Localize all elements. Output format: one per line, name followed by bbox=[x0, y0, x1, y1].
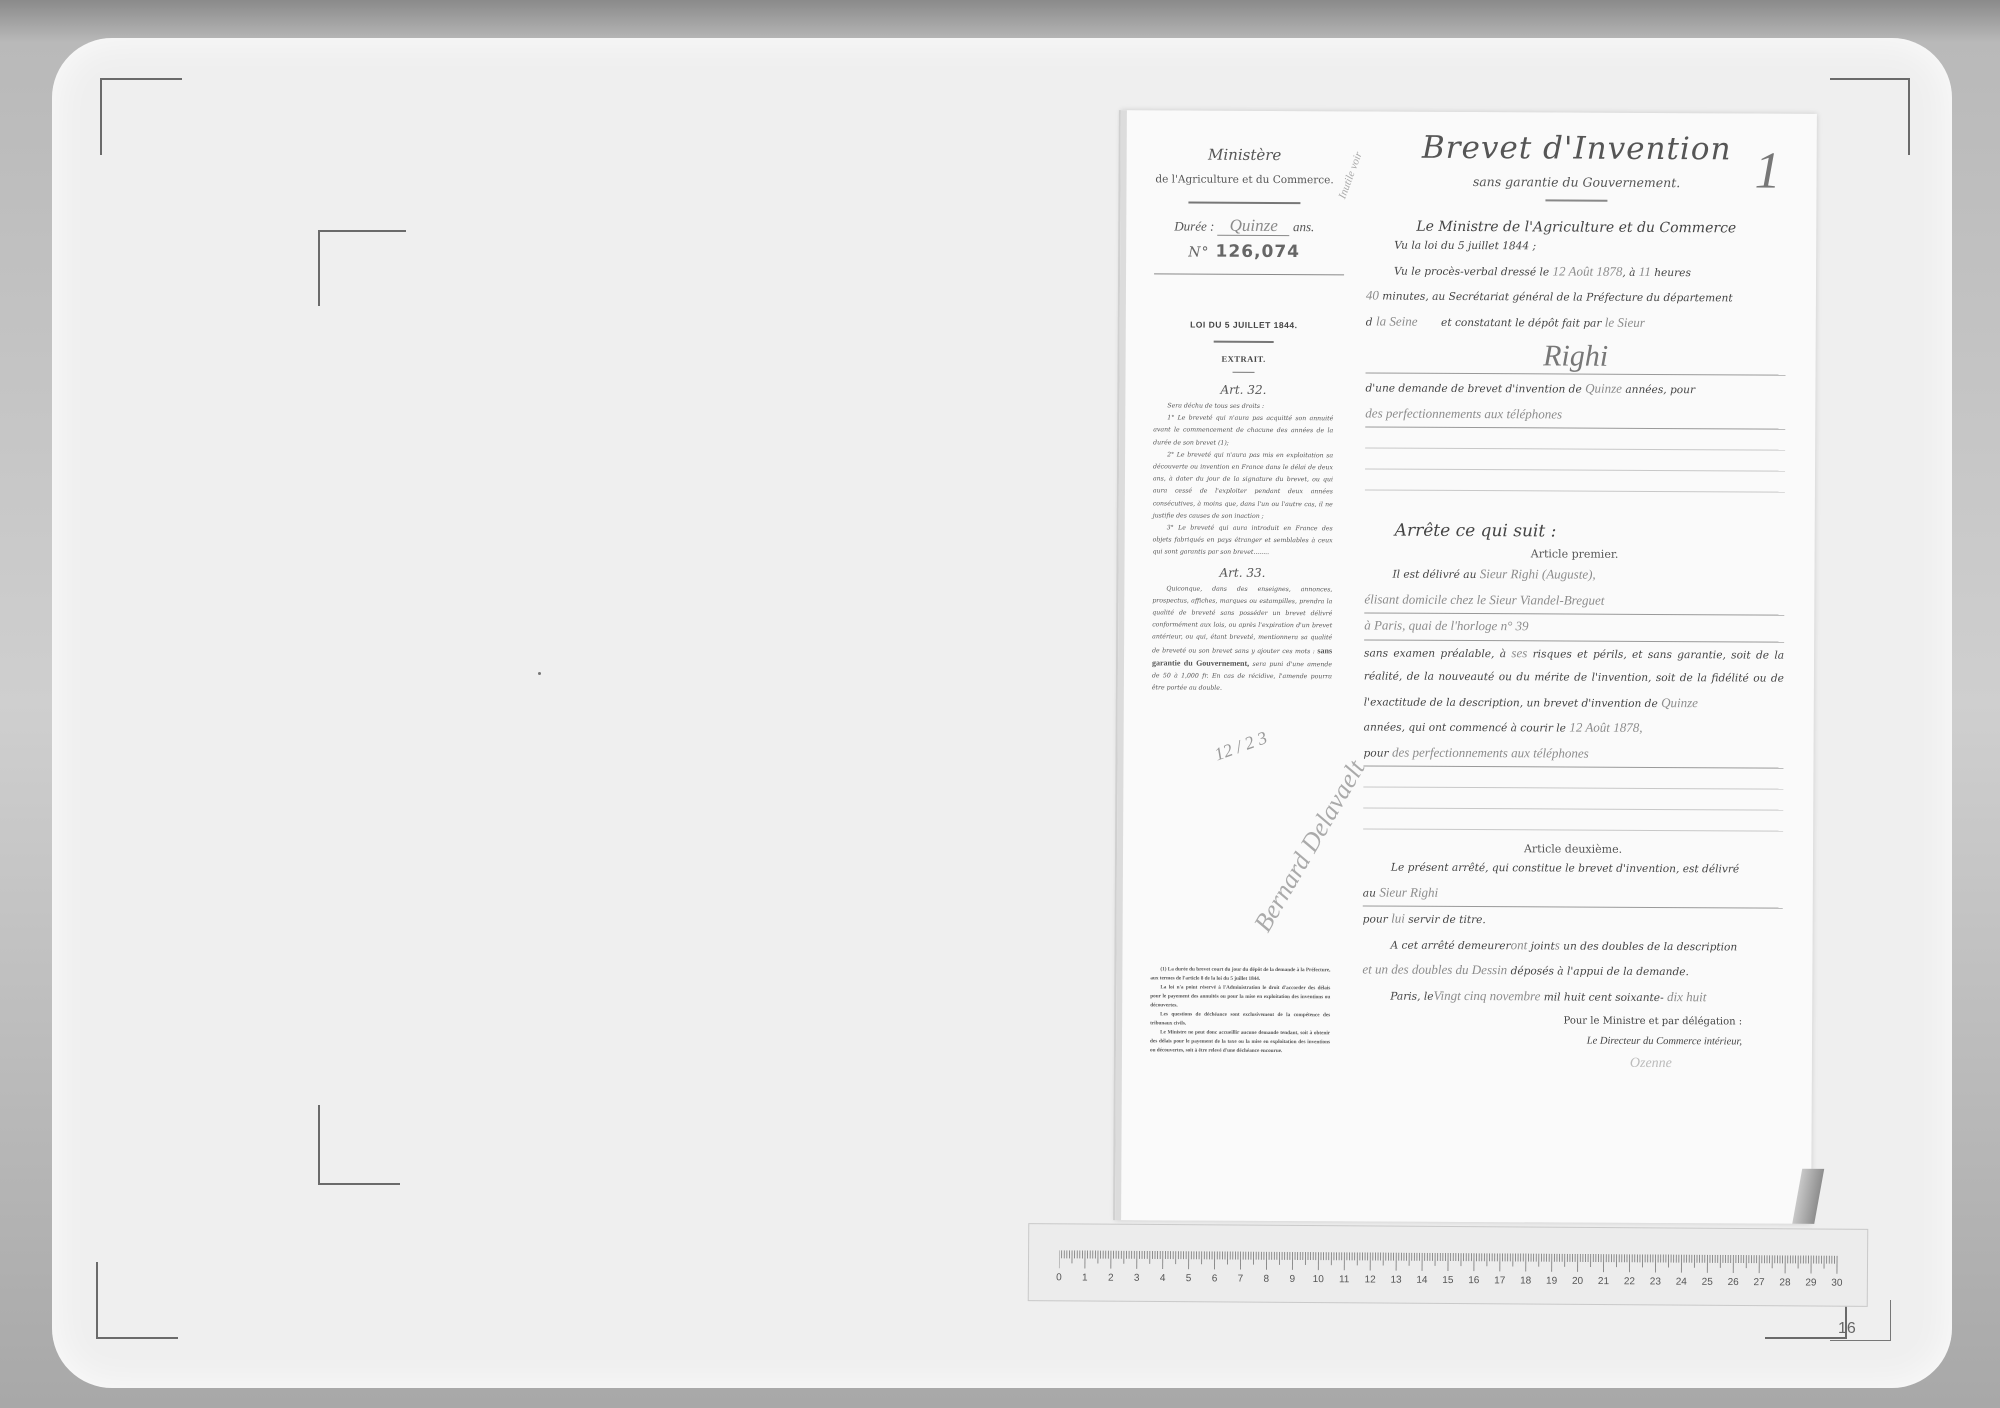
proces-verbal-line: Vu le procès-verbal dressé le 12 Août 18… bbox=[1366, 258, 1786, 286]
extract-label: EXTRAIT. bbox=[1154, 353, 1334, 364]
left-column: Ministère de l'Agriculture et du Commerc… bbox=[1152, 145, 1335, 695]
use-suffix: servir de titre. bbox=[1408, 914, 1486, 926]
article-32-heading: Art. 32. bbox=[1153, 382, 1333, 397]
page-mark: 1 bbox=[1754, 142, 1780, 201]
article-33-text: Quiconque, dans des enseignes, annonces,… bbox=[1152, 583, 1333, 696]
start-prefix: années, qui ont commencé à courir le bbox=[1364, 721, 1566, 734]
use-line: pour lui servir de titre. bbox=[1363, 906, 1783, 934]
article-33-text-before: Quiconque, dans des enseignes, annonces,… bbox=[1152, 585, 1332, 655]
request-line: d'une demande de brevet d'invention de Q… bbox=[1365, 375, 1785, 403]
article-2-text: Le présent arrêté, qui constitue le brev… bbox=[1363, 856, 1783, 882]
document-subtitle: sans garantie du Gouvernement. bbox=[1367, 173, 1787, 190]
ruler-label: 11 bbox=[1339, 1274, 1349, 1285]
to-value: Sieur Righi bbox=[1379, 884, 1438, 899]
vertical-margin-note: Inutile voir bbox=[1336, 150, 1364, 200]
director-line: Le Directeur du Commerce intérieur, bbox=[1362, 1034, 1742, 1047]
dept-prefix: d bbox=[1366, 316, 1373, 328]
ruler-label: 2 bbox=[1108, 1273, 1114, 1284]
ruler-label: 6 bbox=[1212, 1273, 1218, 1284]
ruler-label: 8 bbox=[1264, 1274, 1270, 1285]
ruler-label: 4 bbox=[1160, 1273, 1166, 1284]
dust-speck bbox=[538, 672, 541, 675]
divider bbox=[1154, 273, 1344, 275]
recipient-line-1: Sieur Righi (Auguste), bbox=[1480, 566, 1596, 582]
request-years: Quinze bbox=[1585, 381, 1622, 396]
delivered-to-line: au Sieur Righi bbox=[1363, 880, 1783, 909]
footnotes: (1) La durée du brevet court du jour du … bbox=[1150, 965, 1330, 1056]
ornamental-rule bbox=[1188, 202, 1300, 205]
article-33-heading: Art. 33. bbox=[1152, 565, 1332, 580]
crop-mark-bottom-left bbox=[96, 1262, 178, 1339]
start-year: 1878, bbox=[1613, 720, 1642, 735]
to-prefix: au bbox=[1363, 887, 1376, 899]
law-title: LOI DU 5 JUILLET 1844. bbox=[1154, 319, 1334, 330]
delivered-line: Il est délivré au Sieur Righi (Auguste), bbox=[1364, 561, 1784, 589]
deposit-by: le Sieur bbox=[1605, 314, 1645, 329]
ruler-label: 21 bbox=[1598, 1276, 1609, 1287]
ministry-subtitle: de l'Agriculture et du Commerce. bbox=[1155, 173, 1335, 186]
deposit-text: et constatant le dépôt fait par bbox=[1441, 316, 1601, 329]
blank-line bbox=[1365, 448, 1785, 471]
article-32-item: 3° Le breveté qui aura introduit en Fran… bbox=[1153, 522, 1333, 560]
ruler-label: 16 bbox=[1468, 1275, 1479, 1286]
duration-unit: ans. bbox=[1293, 219, 1314, 234]
crop-mark-inner-top-left bbox=[318, 230, 406, 306]
delivered-prefix: Il est délivré au bbox=[1392, 569, 1476, 581]
recipient-line-2: élisant domicile chez le Sieur Viandel-B… bbox=[1364, 591, 1604, 607]
patent-document-page: Ministère de l'Agriculture et du Commerc… bbox=[1115, 110, 1817, 1224]
signature-block: Pour le Ministre et par délégation : Le … bbox=[1362, 1014, 1782, 1047]
recipient-line-3: à Paris, quai de l'horloge n° 39 bbox=[1364, 617, 1528, 633]
ministry-title: Ministère bbox=[1155, 145, 1335, 164]
duration-label: Durée : bbox=[1174, 218, 1214, 233]
date-line: Paris, leVingt cinq novembre mil huit ce… bbox=[1362, 983, 1782, 1011]
ruler-label: 28 bbox=[1779, 1277, 1790, 1288]
pv-hour-suffix: heures bbox=[1654, 266, 1691, 278]
ruler-label: 0 bbox=[1056, 1272, 1062, 1283]
article-2-body: Le présent arrêté, qui constitue le brev… bbox=[1362, 856, 1783, 1010]
risk-pronoun: ses bbox=[1511, 645, 1527, 660]
article-32-item: 1° Le breveté qui n'aura pas acquitté so… bbox=[1153, 413, 1333, 451]
pv-hour: 11 bbox=[1639, 263, 1651, 278]
ruler-label: 3 bbox=[1134, 1273, 1140, 1284]
invention-title: des perfectionnements aux téléphones bbox=[1365, 405, 1562, 421]
crop-mark-inner-bottom-left bbox=[318, 1105, 400, 1185]
blank-line bbox=[1363, 787, 1783, 810]
divider bbox=[1233, 372, 1255, 373]
ruler-label: 15 bbox=[1442, 1275, 1453, 1286]
ruler-label: 19 bbox=[1546, 1276, 1557, 1287]
date-mid: mil huit cent soixante- bbox=[1544, 991, 1664, 1004]
blank-line bbox=[1363, 808, 1783, 831]
pv-hour-prefix: , à bbox=[1622, 266, 1635, 278]
pv-date: 12 Août 1878 bbox=[1553, 263, 1623, 278]
date-prefix: Paris, le bbox=[1390, 990, 1433, 1002]
article-32-item: 2° Le breveté qui n'aura pas mis en expl… bbox=[1153, 449, 1333, 523]
risk-prefix: sans examen préalable, à bbox=[1364, 647, 1506, 660]
ruler-label: 23 bbox=[1650, 1276, 1661, 1287]
risk-text: sans examen préalable, à ses risques et … bbox=[1364, 640, 1784, 717]
date-day: Vingt cinq novembre bbox=[1433, 987, 1540, 1003]
margin-signature: Bernard Delavaelt bbox=[1248, 755, 1371, 937]
ruler-label: 9 bbox=[1289, 1274, 1295, 1285]
crop-mark-top-left bbox=[100, 78, 182, 155]
use-prefix: pour bbox=[1363, 913, 1388, 925]
request-suffix: années, pour bbox=[1625, 384, 1695, 396]
document-title: Brevet d'Invention bbox=[1367, 129, 1787, 167]
ruler-label: 22 bbox=[1624, 1276, 1635, 1287]
crop-mark-top-right bbox=[1830, 78, 1910, 155]
annex-verb: ont bbox=[1511, 937, 1528, 952]
pv-prefix: Vu le procès-verbal dressé le bbox=[1394, 265, 1549, 278]
invention-description: des perfectionnements aux téléphones bbox=[1392, 744, 1589, 760]
start-date-line: années, qui ont commencé à courir le 12 … bbox=[1364, 714, 1784, 742]
measurement-ruler: 0123456789101112131415161718192021222324… bbox=[1028, 1223, 1869, 1307]
number-prefix: N° bbox=[1188, 245, 1209, 261]
blank-line bbox=[1365, 469, 1785, 492]
proces-verbal-line-2: 40 minutes, au Secrétariat général de la… bbox=[1366, 283, 1786, 311]
article-33-paragraph: Quiconque, dans des enseignes, annonces,… bbox=[1152, 583, 1333, 696]
annex-suffix: déposés à l'appui de la demande. bbox=[1511, 965, 1689, 978]
recipient-line-3-row: à Paris, quai de l'horloge n° 39 bbox=[1364, 613, 1784, 642]
folio-number: 16 bbox=[1838, 1320, 1856, 1338]
annex-line: A cet arrêté demeureront joints un des d… bbox=[1362, 932, 1782, 960]
pv-minutes: 40 bbox=[1366, 287, 1379, 302]
department-line: d la Seine et constatant le dépôt fait p… bbox=[1366, 309, 1786, 337]
vu-loi: Vu la loi du 5 juillet 1844 ; bbox=[1366, 234, 1786, 260]
ruler-label: 13 bbox=[1390, 1275, 1401, 1286]
date-year: dix huit bbox=[1667, 989, 1706, 1004]
footnote: Le Ministre ne peut donc accueillir aucu… bbox=[1150, 1028, 1330, 1056]
arrete-heading: Arrête ce qui suit : bbox=[1395, 521, 1785, 543]
ruler-label: 27 bbox=[1753, 1277, 1764, 1288]
article-2-heading: Article deuxième. bbox=[1363, 841, 1783, 856]
pv-mid: minutes, au Secrétariat général de la Pr… bbox=[1382, 291, 1732, 305]
ruler-label: 14 bbox=[1416, 1275, 1427, 1286]
invention-title-line: des perfectionnements aux téléphones bbox=[1365, 401, 1785, 430]
for-prefix: pour bbox=[1364, 747, 1389, 759]
duration-value: Quinze bbox=[1218, 216, 1290, 236]
ruler-label: 7 bbox=[1238, 1274, 1244, 1285]
ruler-ticks bbox=[1059, 1250, 1867, 1276]
annex-joint-suffix: s bbox=[1555, 937, 1560, 952]
applicant-name: Righi bbox=[1366, 338, 1786, 375]
annex-prefix: A cet arrêté demeurer bbox=[1391, 939, 1511, 952]
ruler-label: 25 bbox=[1702, 1277, 1713, 1288]
article-1-body: Il est délivré au Sieur Righi (Auguste),… bbox=[1363, 561, 1784, 831]
ruler-label: 20 bbox=[1572, 1276, 1583, 1287]
preamble: Vu la loi du 5 juillet 1844 ; Vu le proc… bbox=[1365, 234, 1786, 492]
ruler-label: 24 bbox=[1676, 1277, 1687, 1288]
start-date: 12 Août bbox=[1569, 720, 1610, 735]
duration-line: Durée : Quinze ans. bbox=[1154, 215, 1334, 236]
delegation-line: Pour le Ministre et par délégation : bbox=[1362, 1014, 1742, 1027]
divider bbox=[1214, 341, 1274, 343]
footnote: (1) La durée du brevet court du jour du … bbox=[1150, 965, 1330, 984]
recipient-line-2-row: élisant domicile chez le Sieur Viandel-B… bbox=[1364, 587, 1784, 616]
right-column: Brevet d'Invention 1 sans garantie du Go… bbox=[1362, 129, 1787, 1072]
annex-fill: et un des doubles du Dessin bbox=[1362, 961, 1507, 977]
patent-number-line: N°126,074 bbox=[1154, 241, 1334, 262]
footnote: Les questions de déchéance sont exclusiv… bbox=[1150, 1010, 1330, 1029]
ruler-label: 29 bbox=[1805, 1277, 1816, 1288]
patent-years: Quinze bbox=[1661, 695, 1698, 710]
use-value: lui bbox=[1391, 911, 1405, 926]
signature: Ozenne bbox=[1362, 1054, 1782, 1072]
ruler-label: 18 bbox=[1520, 1276, 1531, 1287]
annex-line-2: et un des doubles du Dessin déposés à l'… bbox=[1362, 957, 1782, 985]
invention-line: pour des perfectionnements aux téléphone… bbox=[1363, 740, 1783, 769]
ruler-label: 1 bbox=[1082, 1272, 1088, 1283]
article-32-intro: Sera déchu de tous ses droits : bbox=[1153, 400, 1333, 413]
annex-joint: joint bbox=[1531, 940, 1555, 952]
margin-note-numbers: 12 / 2 3 bbox=[1212, 727, 1270, 765]
article-32-text: Sera déchu de tous ses droits : 1° Le br… bbox=[1153, 400, 1334, 560]
ruler-label: 30 bbox=[1831, 1278, 1842, 1289]
blank-line bbox=[1365, 427, 1785, 450]
blank-line bbox=[1363, 766, 1783, 789]
article-1-heading: Article premier. bbox=[1365, 546, 1785, 561]
ruler-labels: 0123456789101112131415161718192021222324… bbox=[1059, 1272, 1867, 1292]
request-prefix: d'une demande de brevet d'invention de bbox=[1365, 382, 1581, 395]
ruler-label: 17 bbox=[1494, 1275, 1505, 1286]
ruler-label: 12 bbox=[1364, 1274, 1375, 1285]
ruler-label: 26 bbox=[1728, 1277, 1739, 1288]
patent-number: 126,074 bbox=[1216, 242, 1301, 262]
annex-text: un des doubles de la description bbox=[1563, 940, 1737, 953]
ruler-label: 5 bbox=[1186, 1273, 1192, 1284]
ornamental-rule bbox=[1545, 199, 1607, 201]
department-value: la Seine bbox=[1376, 313, 1418, 328]
ruler-label: 10 bbox=[1313, 1274, 1324, 1285]
footnote: La loi n'a point réservé à l'Administrat… bbox=[1150, 983, 1330, 1011]
